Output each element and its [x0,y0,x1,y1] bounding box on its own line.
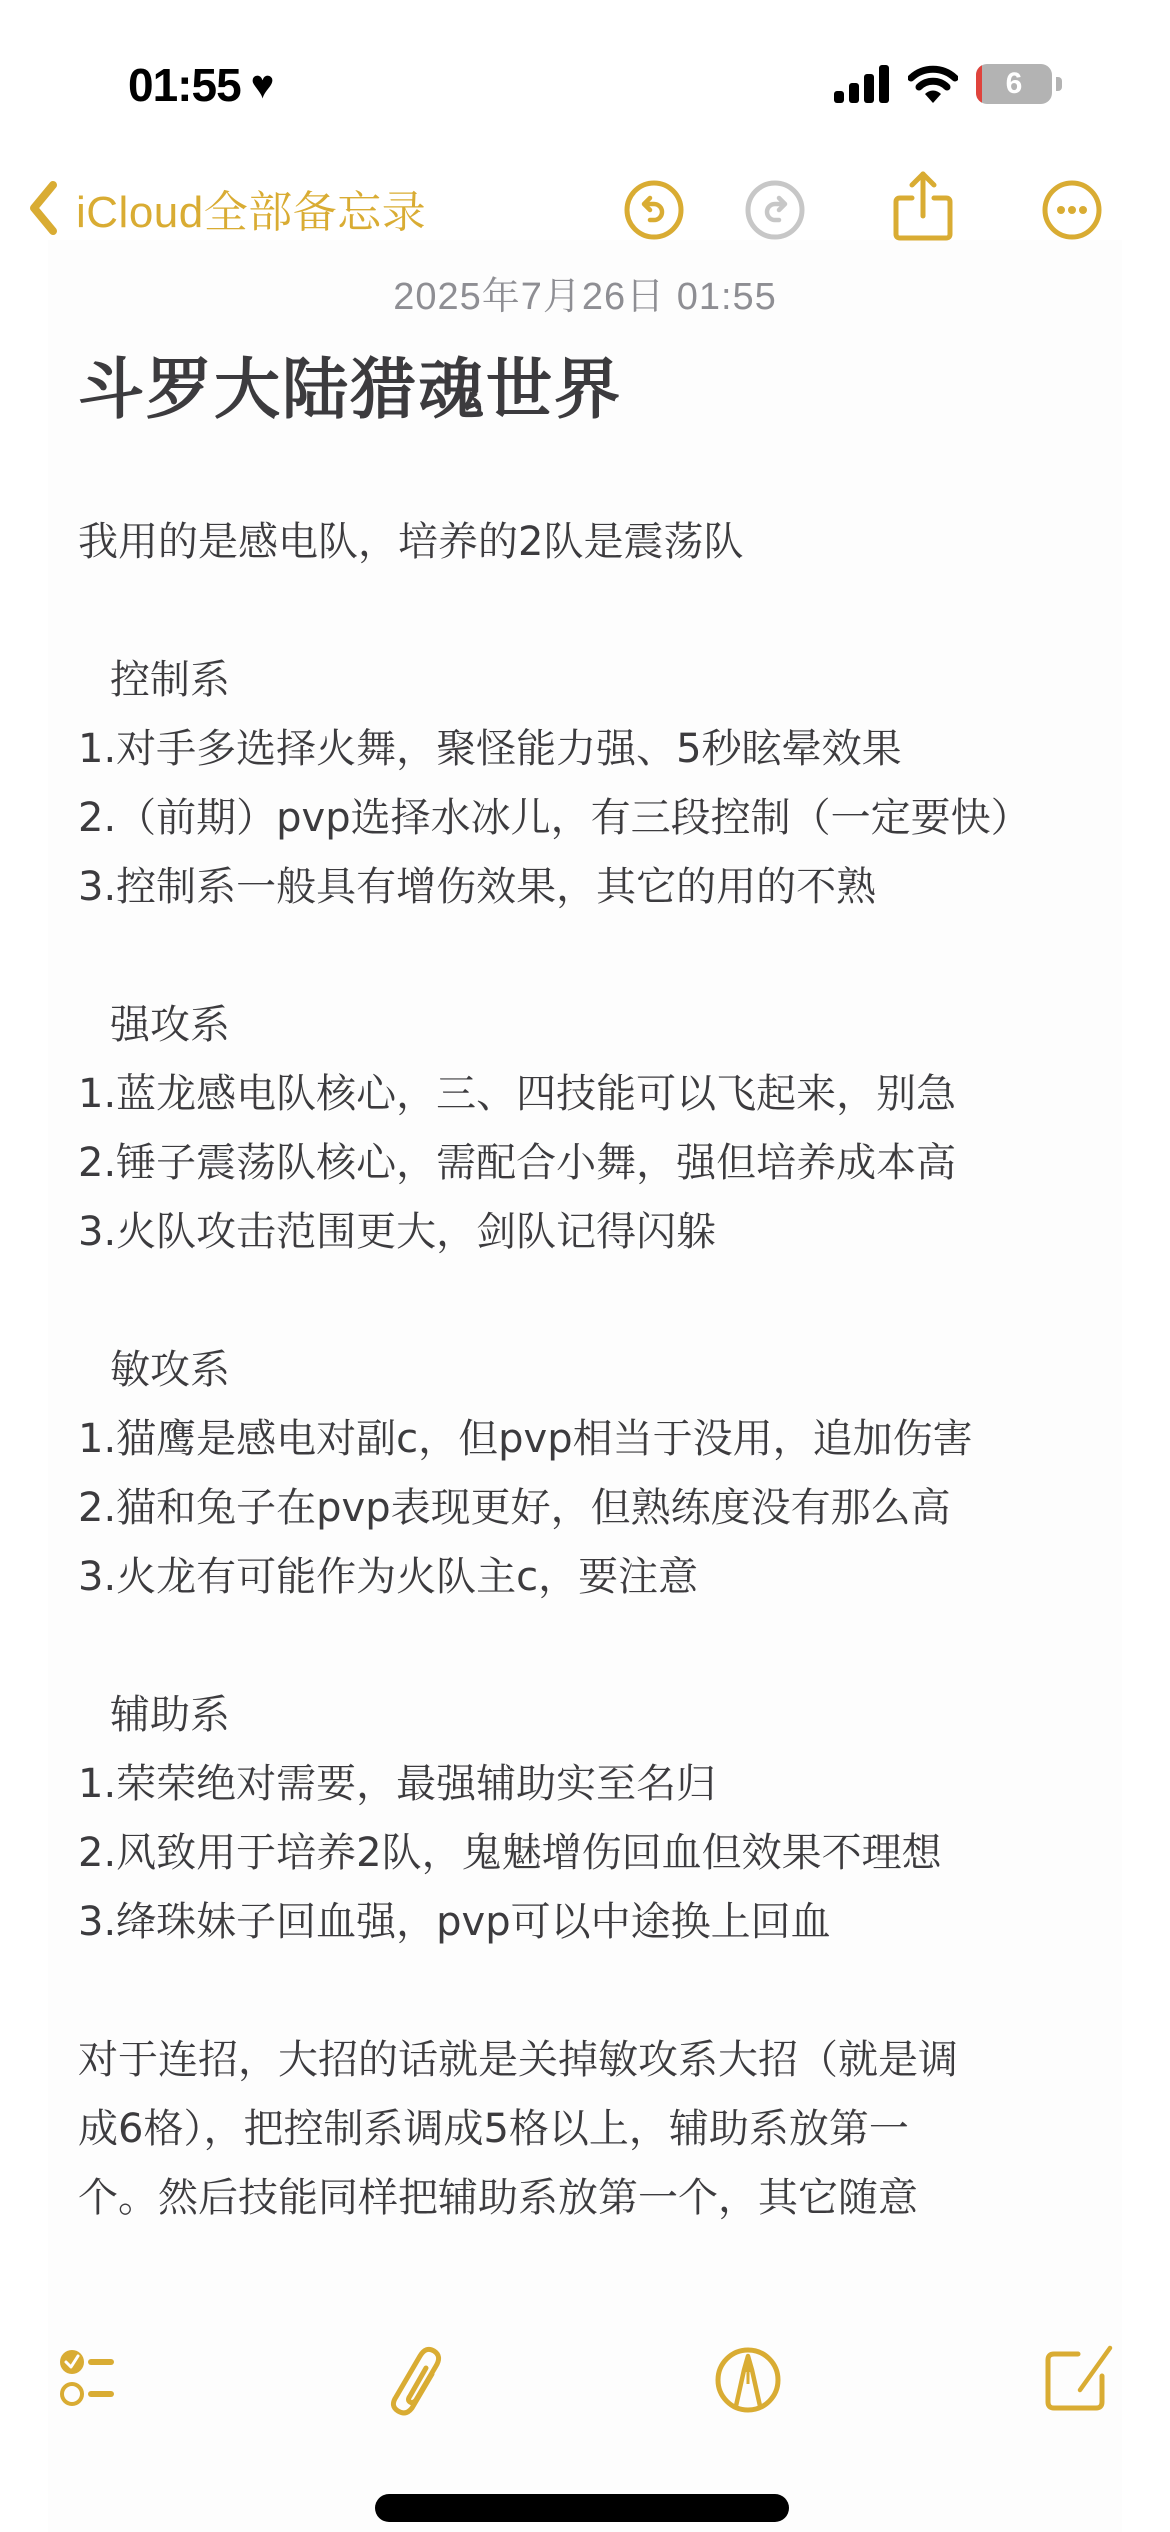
blank-line [78,922,1110,991]
list-item: 2.锤子震荡队核心，需配合小舞，强但培养成本高 [78,1129,1110,1198]
share-icon[interactable] [892,170,954,242]
nav-bar: iCloud全部备忘录 [0,160,1170,260]
attachment-icon[interactable] [380,2340,460,2420]
blank-line [78,577,1110,646]
closing-paragraph-line: 个。然后技能同样把辅助系放第一个，其它随意 [78,2164,1110,2233]
list-item: 3.控制系一般具有增伤效果，其它的用的不熟 [78,853,1110,922]
back-button[interactable]: iCloud全部备忘录 [28,176,426,240]
status-time-group: 01:55 ♥ [128,58,273,112]
battery-level: 6 [1006,67,1023,101]
note-date: 2025年7月26日 01:55 [0,265,1170,320]
back-label: iCloud全部备忘录 [76,176,426,240]
blank-line [78,1612,1110,1681]
status-bar: 01:55 ♥ 6 [0,0,1170,150]
list-item: 3.火队攻击范围更大，剑队记得闪躲 [78,1198,1110,1267]
list-item: 2.（前期）pvp选择水冰儿，有三段控制（一定要快） [78,784,1110,853]
list-item: 1.对手多选择火舞，聚怪能力强、5秒眩晕效果 [78,715,1110,784]
list-item: 2.风致用于培养2队，鬼魅增伤回血但效果不理想 [78,1819,1110,1888]
list-item: 1.蓝龙感电队核心，三、四技能可以飞起来，别急 [78,1060,1110,1129]
bottom-toolbar [0,2330,1170,2430]
status-time: 01:55 [128,58,241,112]
list-item: 1.猫鹰是感电对副c，但pvp相当于没用，追加伤害 [78,1405,1110,1474]
section-heading: 敏攻系 [78,1336,1110,1405]
status-indicators: 6 [834,64,1062,104]
note-body[interactable]: 我用的是感电队，培养的2队是震荡队 控制系 1.对手多选择火舞，聚怪能力强、5秒… [78,508,1110,2233]
compose-icon[interactable] [1040,2340,1120,2420]
closing-paragraph-line: 成6格），把控制系调成5格以上，辅助系放第一 [78,2095,1110,2164]
section-heading: 强攻系 [78,991,1110,1060]
chevron-left-icon [28,180,58,236]
battery-level-bar [976,64,982,104]
more-icon[interactable] [1040,178,1104,242]
redo-icon[interactable] [743,178,807,242]
blank-line [78,1957,1110,2026]
list-item: 3.火龙有可能作为火队主c，要注意 [78,1543,1110,1612]
battery-icon: 6 [976,64,1052,104]
checklist-icon[interactable] [56,2340,136,2420]
blank-line [78,1267,1110,1336]
cellular-signal-icon [834,65,890,103]
list-item: 1.荣荣绝对需要，最强辅助实至名归 [78,1750,1110,1819]
markup-icon[interactable] [708,2340,788,2420]
note-intro: 我用的是感电队，培养的2队是震荡队 [78,508,1110,577]
undo-icon[interactable] [622,178,686,242]
battery-cap [1056,77,1062,91]
note-title[interactable]: 斗罗大陆猎魂世界 [78,336,622,431]
section-heading: 控制系 [78,646,1110,715]
closing-paragraph-line: 对于连招，大招的话就是关掉敏攻系大招（就是调 [78,2026,1110,2095]
heart-icon: ♥ [251,65,274,105]
section-heading: 辅助系 [78,1681,1110,1750]
wifi-icon [908,65,958,103]
home-indicator[interactable] [375,2494,789,2522]
list-item: 2.猫和兔子在pvp表现更好，但熟练度没有那么高 [78,1474,1110,1543]
list-item: 3.绛珠妹子回血强，pvp可以中途换上回血 [78,1888,1110,1957]
